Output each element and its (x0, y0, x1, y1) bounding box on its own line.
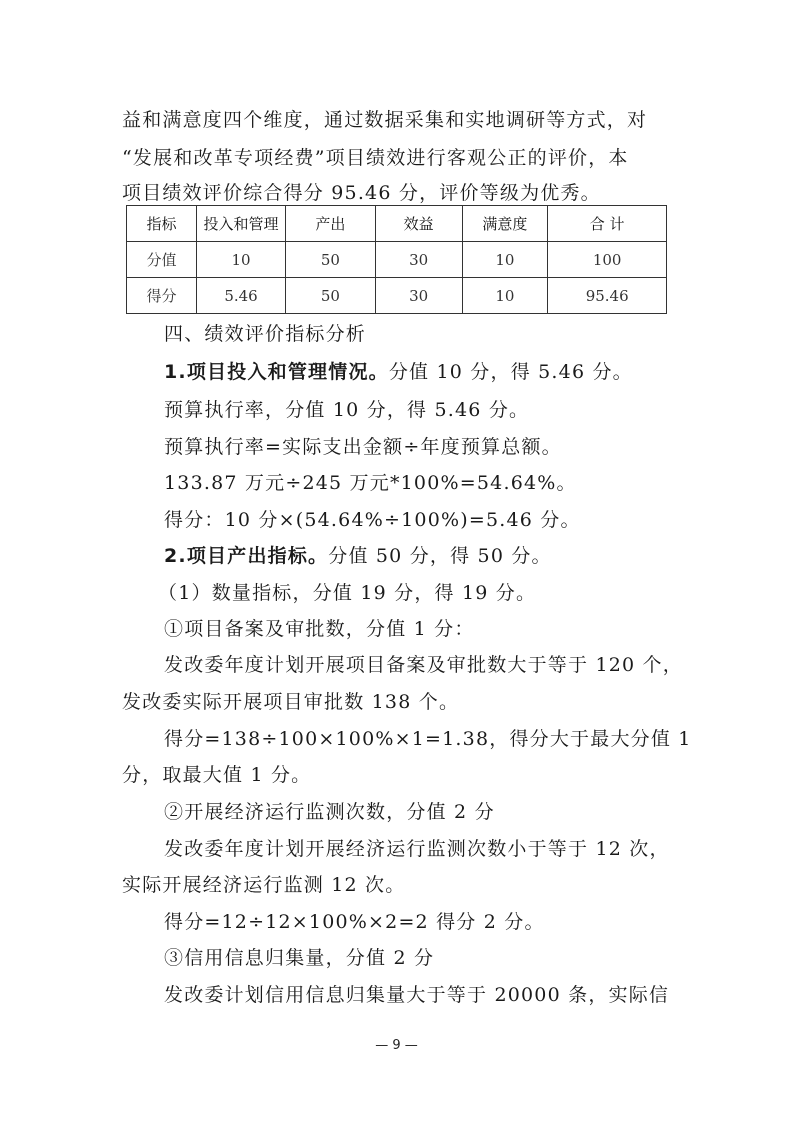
paragraph-line: 得分=138÷100×100%×1=1.38，得分大于最大分值 1 (164, 727, 692, 751)
paragraph-line: 得分=12÷12×100%×2=2 得分 2 分。 (164, 910, 545, 934)
item1-title: 1.项目投入和管理情况。分值 10 分，得 5.46 分。 (164, 360, 633, 384)
item2-bold-label: 2.项目产出指标。 (164, 545, 328, 567)
paragraph-line: ①项目备案及审批数，分值 1 分： (164, 617, 475, 641)
item2-score: 分值 50 分，得 50 分。 (328, 545, 552, 567)
table-header-cell: 指标 (127, 206, 197, 242)
table-cell: 100 (548, 242, 667, 278)
table-cell: 10 (197, 242, 286, 278)
paragraph-line: 预算执行率，分值 10 分，得 5.46 分。 (164, 398, 529, 422)
table-cell: 5.46 (197, 278, 286, 314)
item1-score: 分值 10 分，得 5.46 分。 (389, 361, 633, 383)
item1-bold-label: 1.项目投入和管理情况。 (164, 361, 389, 383)
table-cell: 10 (462, 242, 548, 278)
table-cell: 30 (375, 242, 462, 278)
table-cell: 50 (286, 242, 376, 278)
table-header-row: 指标 投入和管理 产出 效益 满意度 合 计 (127, 206, 667, 242)
table-header-cell: 效益 (375, 206, 462, 242)
table-row: 分值 10 50 30 10 100 (127, 242, 667, 278)
paragraph-line: ③信用信息归集量，分值 2 分 (164, 946, 434, 970)
intro-line-3: 项目绩效评价综合得分 95.46 分，评价等级为优秀。 (122, 181, 601, 205)
paragraph-line: 得分：10 分×(54.64%÷100%)=5.46 分。 (164, 508, 581, 532)
paragraph-line: （1）数量指标，分值 19 分，得 19 分。 (158, 581, 536, 605)
intro-line-2: “发展和改革专项经费”项目绩效进行客观公正的评价，本 (122, 146, 629, 170)
score-table: 指标 投入和管理 产出 效益 满意度 合 计 分值 10 50 30 10 10… (126, 205, 667, 314)
page-number: — 9 — (0, 1038, 793, 1053)
paragraph-line: 实际开展经济运行监测 12 次。 (122, 873, 405, 897)
item2-title: 2.项目产出指标。分值 50 分，得 50 分。 (164, 544, 552, 568)
table-header-cell: 满意度 (462, 206, 548, 242)
paragraph-line: 发改委年度计划开展经济运行监测次数小于等于 12 次， (164, 837, 670, 861)
table-cell: 50 (286, 278, 376, 314)
table-header-cell: 合 计 (548, 206, 667, 242)
paragraph-line: 发改委年度计划开展项目备案及审批数大于等于 120 个， (164, 653, 683, 677)
section-heading: 四、绩效评价指标分析 (164, 322, 366, 346)
paragraph-line: 133.87 万元÷245 万元*100%=54.64%。 (164, 471, 577, 495)
table-cell: 得分 (127, 278, 197, 314)
intro-line-1: 益和满意度四个维度，通过数据采集和实地调研等方式，对 (122, 108, 647, 132)
table-row: 得分 5.46 50 30 10 95.46 (127, 278, 667, 314)
paragraph-line: 发改委计划信用信息归集量大于等于 20000 条，实际信 (164, 983, 669, 1007)
paragraph-line: 发改委实际开展项目审批数 138 个。 (122, 690, 459, 714)
table-cell: 30 (375, 278, 462, 314)
paragraph-line: 分，取最大值 1 分。 (122, 763, 311, 787)
paragraph-line: ②开展经济运行监测次数，分值 2 分 (164, 800, 495, 824)
paragraph-line: 预算执行率=实际支出金额÷年度预算总额。 (164, 435, 562, 459)
table-cell: 95.46 (548, 278, 667, 314)
table-cell: 分值 (127, 242, 197, 278)
table-header-cell: 投入和管理 (197, 206, 286, 242)
table-header-cell: 产出 (286, 206, 376, 242)
table-cell: 10 (462, 278, 548, 314)
